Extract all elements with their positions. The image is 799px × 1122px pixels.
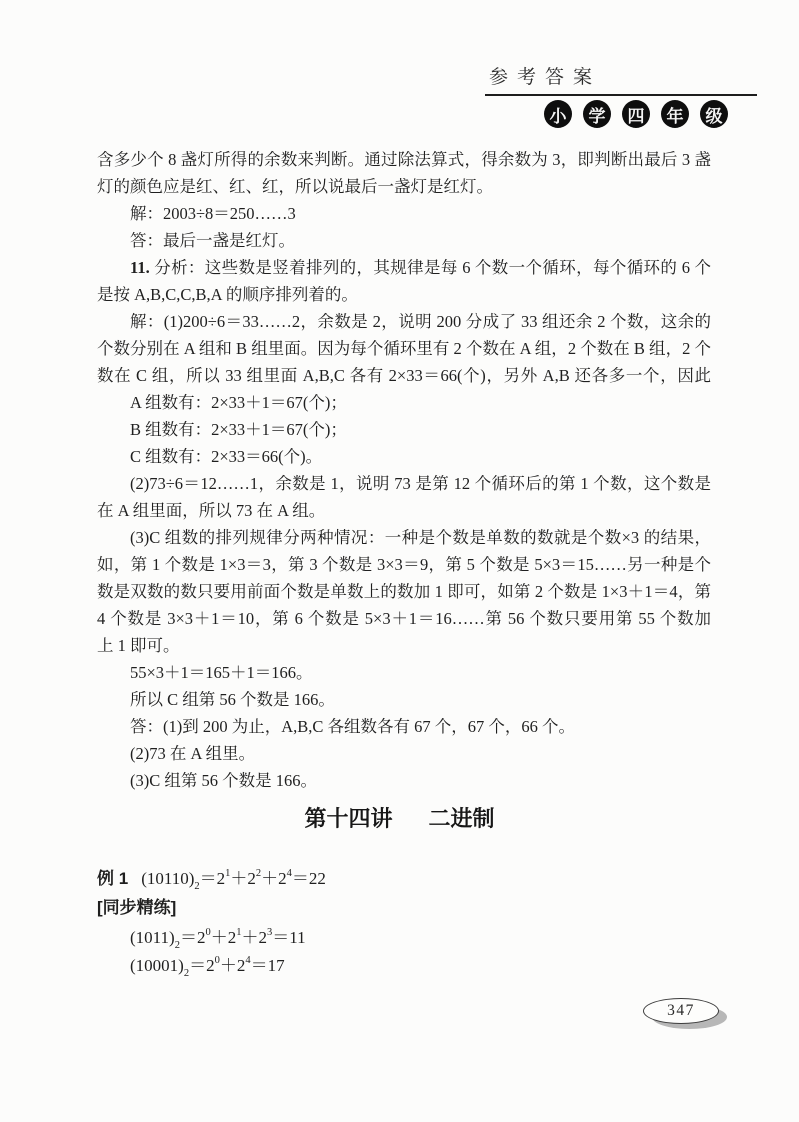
text-line: 含多少个 8 盏灯所得的余数来判断。通过除法算式，得余数为 3，即判断出最后 3… bbox=[97, 146, 711, 173]
practice-formula-1: (1011)2＝20＋21＋23＝11 bbox=[130, 923, 306, 948]
example-label: 例 1 bbox=[97, 869, 128, 888]
text-line: 个数分别在 A 组和 B 组里面。因为每个循环里有 2 个数在 A 组，2 个数… bbox=[97, 335, 711, 362]
text-line: 答：最后一盏是红灯。 bbox=[97, 227, 711, 254]
practice-formula-2: (10001)2＝20＋24＝17 bbox=[130, 951, 285, 976]
text-line: 4 个数是 3×3＋1＝10，第 6 个数是 5×3＋1＝16……第 56 个数… bbox=[97, 605, 711, 632]
book-page: 参考答案 小学四年级 含多少个 8 盏灯所得的余数来判断。通过除法算式，得余数为… bbox=[0, 0, 799, 1122]
text-line: 如，第 1 个数是 1×3＝3，第 3 个数是 3×3＝9，第 5 个数是 5×… bbox=[97, 551, 711, 578]
text-line: (3)C 组第 56 个数是 166。 bbox=[97, 767, 711, 794]
grade-badge-char: 级 bbox=[700, 100, 728, 128]
example-row: 例 1(10110)2＝21＋22＋24＝22 bbox=[97, 864, 326, 889]
text-line: 答：(1)到 200 为止，A,B,C 各组数各有 67 个，67 个，66 个… bbox=[97, 713, 711, 740]
grade-badge-char: 年 bbox=[661, 100, 689, 128]
header-rule bbox=[485, 94, 757, 96]
section-title-prefix: 第十四讲 bbox=[304, 802, 392, 833]
section-title-name: 二进制 bbox=[429, 802, 495, 833]
text-line: 11. 分析：这些数是竖着排列的，其规律是每 6 个数一个循环，每个循环的 6 … bbox=[97, 254, 711, 281]
text-line: 上 1 即可。 bbox=[97, 632, 711, 659]
text-line: 所以 C 组第 56 个数是 166。 bbox=[97, 686, 711, 713]
text-line: (2)73 在 A 组里。 bbox=[97, 740, 711, 767]
text-line: 解：2003÷8＝250……3 bbox=[97, 200, 711, 227]
page-number-badge: 347 bbox=[643, 998, 719, 1024]
text-line: (2)73÷6＝12……1，余数是 1，说明 73 是第 12 个循环后的第 1… bbox=[97, 470, 711, 497]
text-line: 是按 A,B,C,C,B,A 的顺序排列着的。 bbox=[97, 281, 711, 308]
grade-badge-char: 小 bbox=[544, 100, 572, 128]
practice-label: [同步精练] bbox=[97, 893, 176, 918]
text-line: (3)C 组数的排列规律分两种情况：一种是个数是单数的数就是个数×3 的结果， bbox=[97, 524, 711, 551]
answer-lines: 含多少个 8 盏灯所得的余数来判断。通过除法算式，得余数为 3，即判断出最后 3… bbox=[97, 146, 711, 794]
text-line: 数在 C 组，所以 33 组里面 A,B,C 各有 2×33＝66(个)，另外 … bbox=[97, 362, 711, 389]
grade-badge: 小学四年级 bbox=[544, 100, 728, 128]
text-line: 解：(1)200÷6＝33……2，余数是 2，说明 200 分成了 33 组还余… bbox=[97, 308, 711, 335]
text-line: A 组数有：2×33＋1＝67(个)； bbox=[97, 389, 711, 416]
header-title: 参考答案 bbox=[489, 62, 601, 89]
text-line: 数是双数的数只要用前面个数是单数上的数加 1 即可，如第 2 个数是 1×3＋1… bbox=[97, 578, 711, 605]
text-line: 55×3＋1＝165＋1＝166。 bbox=[97, 659, 711, 686]
text-line: 在 A 组里面，所以 73 在 A 组。 bbox=[97, 497, 711, 524]
section-title: 第十四讲 二进制 bbox=[0, 802, 799, 833]
text-line: B 组数有：2×33＋1＝67(个)； bbox=[97, 416, 711, 443]
grade-badge-char: 学 bbox=[583, 100, 611, 128]
page-number: 347 bbox=[667, 1002, 695, 1020]
text-line: 灯的颜色应是红、红、红，所以说最后一盏灯是红灯。 bbox=[97, 173, 711, 200]
text-line: C 组数有：2×33＝66(个)。 bbox=[97, 443, 711, 470]
grade-badge-char: 四 bbox=[622, 100, 650, 128]
example-formula: (10110)2＝21＋22＋24＝22 bbox=[141, 869, 326, 888]
